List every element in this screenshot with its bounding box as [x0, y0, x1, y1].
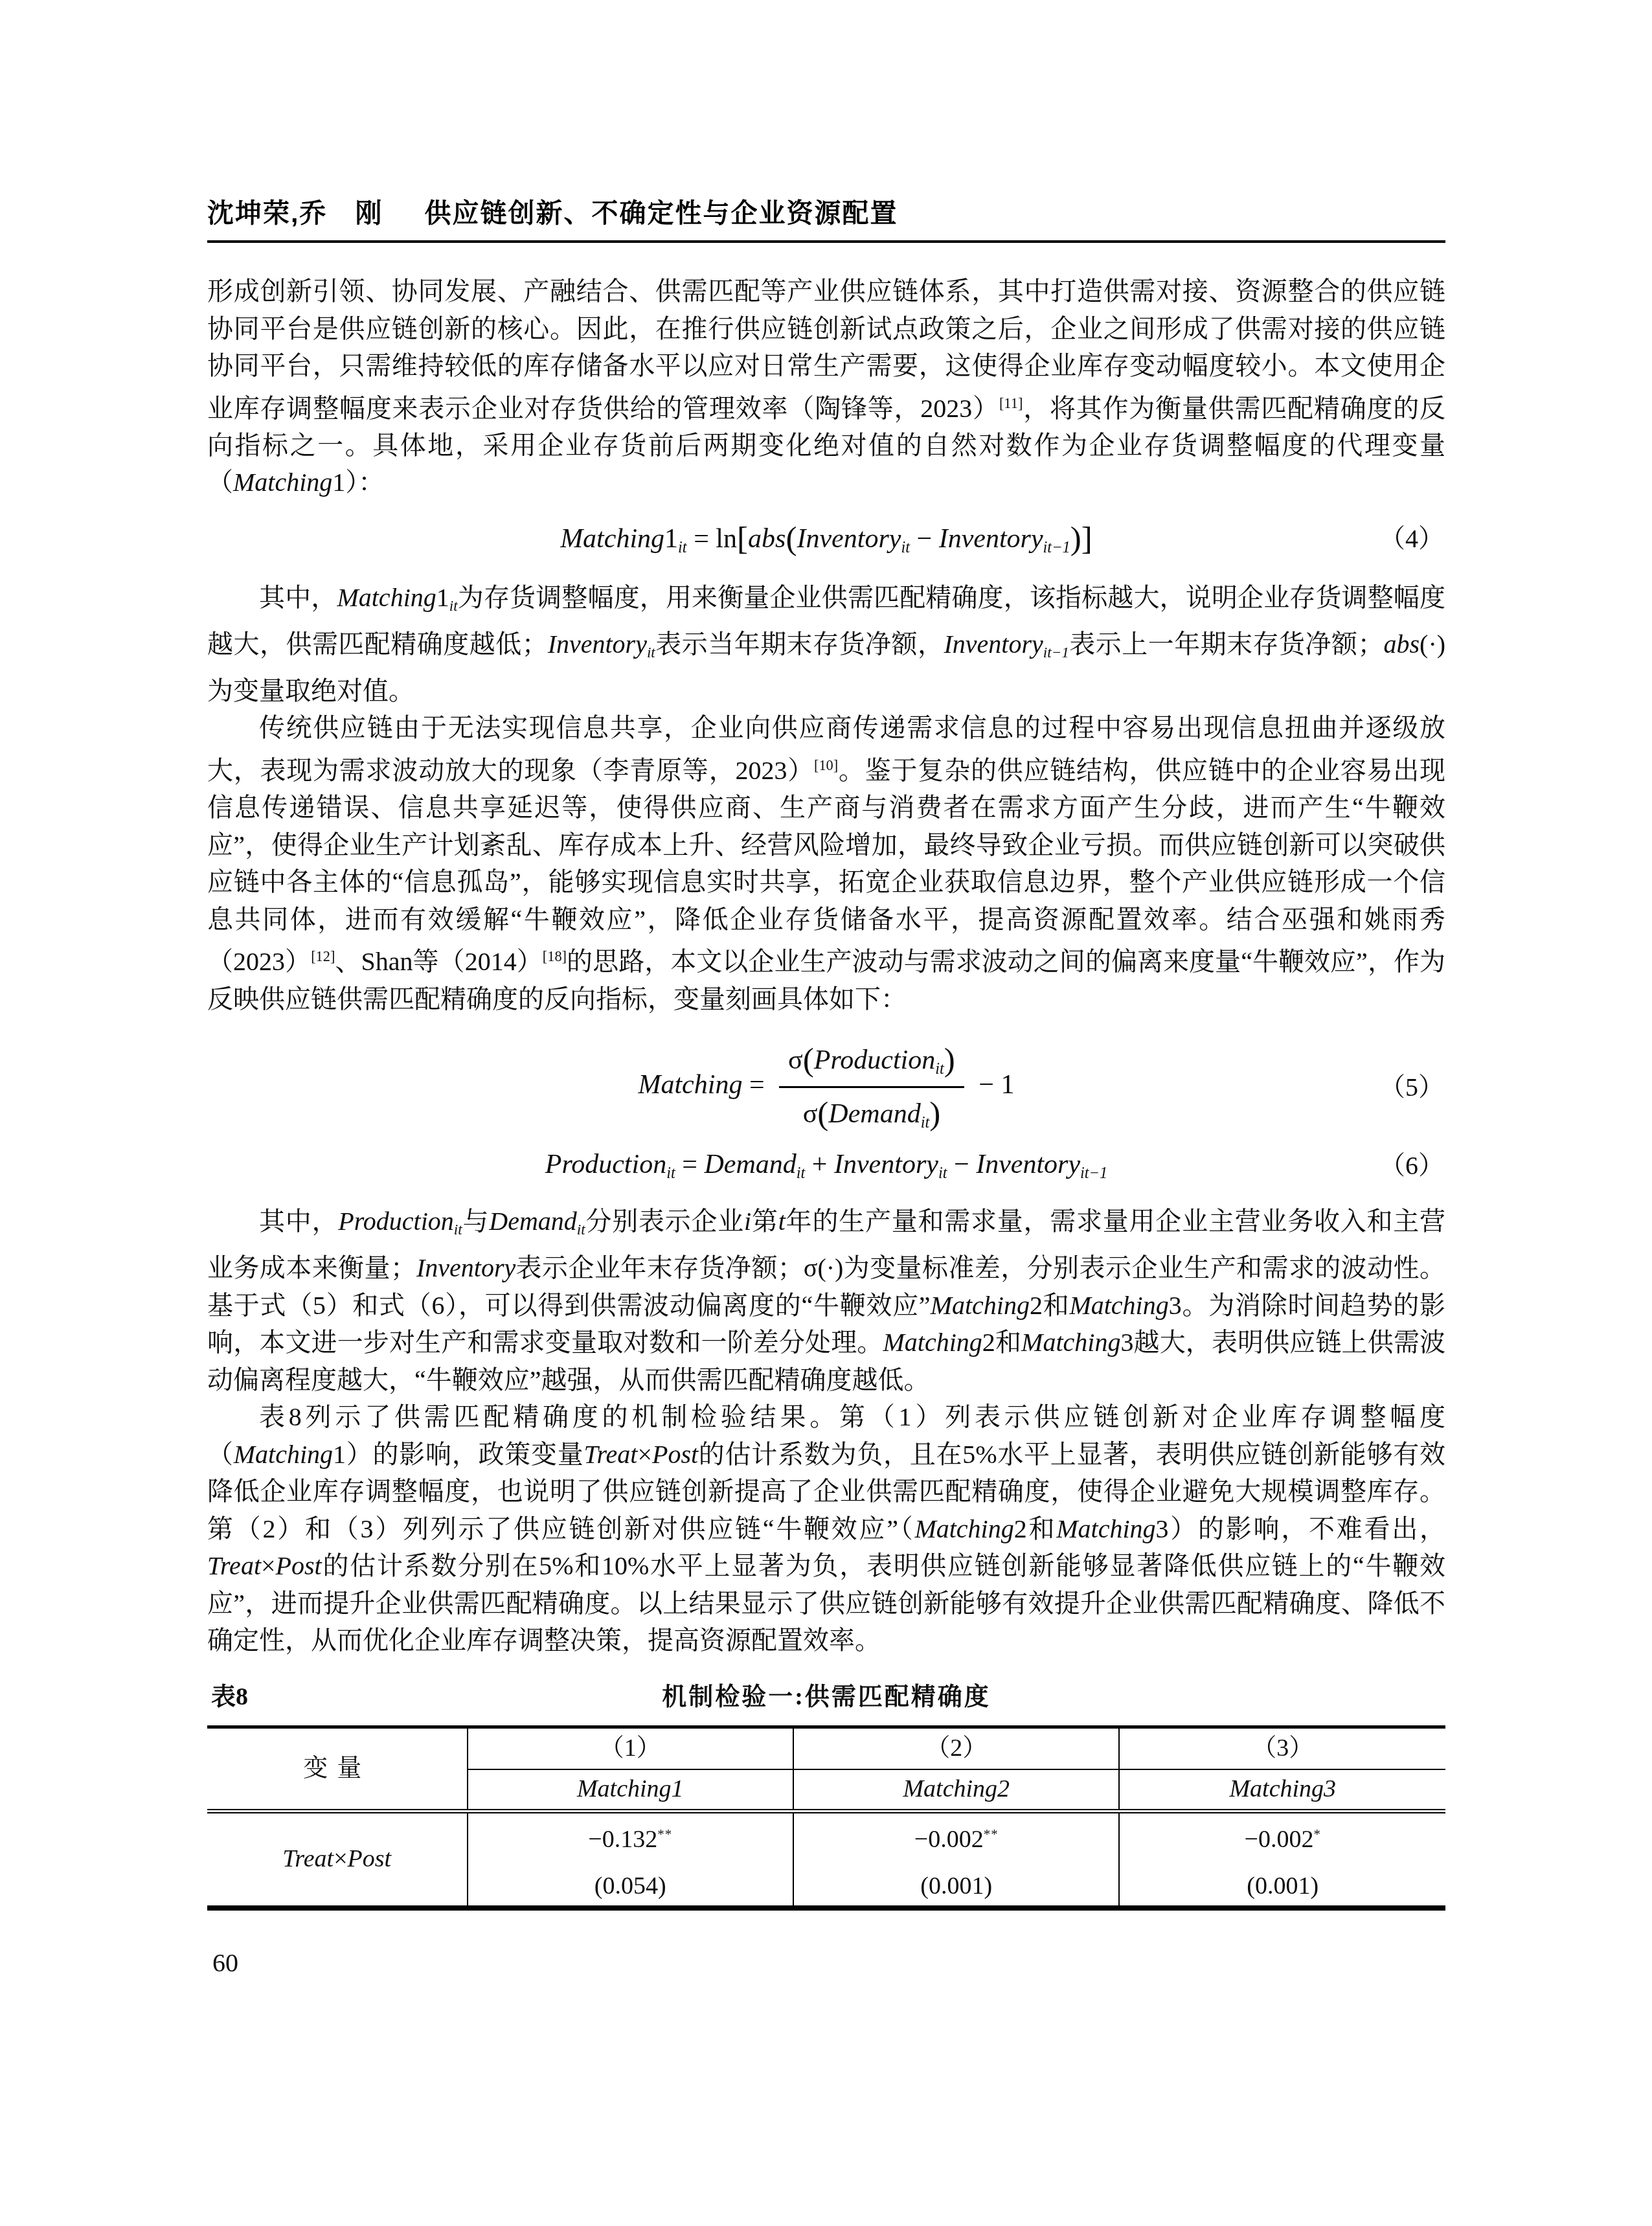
table-cell-2: −0.002** (0.001)	[793, 1811, 1119, 1908]
table-caption: 表8 机制检验一:供需匹配精确度	[207, 1679, 1445, 1715]
table-col-number-2: （2）	[793, 1727, 1119, 1769]
significance-stars: **	[984, 1826, 999, 1842]
table-col-name-3: Matching3	[1119, 1769, 1445, 1811]
formula-6-expression: Productionit = Demandit + Inventoryit − …	[545, 1148, 1107, 1183]
page-number: 60	[207, 1944, 1445, 1982]
table-cell-1: −0.132** (0.054)	[468, 1811, 793, 1908]
table-header-row-numbers: 变量 （1） （2） （3）	[207, 1727, 1445, 1769]
header-rule	[207, 240, 1445, 243]
table-col-name-2: Matching2	[793, 1769, 1119, 1811]
coefficient-value: −0.002*	[1120, 1816, 1445, 1858]
table-row-label: Treat×Post	[207, 1811, 468, 1908]
running-header-authors: 沈坤荣,乔 刚	[207, 198, 383, 228]
table-col-name-1: Matching1	[468, 1769, 793, 1811]
formula-5-number: （5）	[1379, 1071, 1444, 1104]
table-col-number-3: （3）	[1119, 1727, 1445, 1769]
formula-5-expression: Matching = σ(Productionit)σ(Demandit) − …	[638, 1039, 1014, 1135]
paper-page: 沈坤荣,乔 刚供应链创新、不确定性与企业资源配置 形成创新引领、协同发展、产融结…	[0, 0, 1652, 2226]
formula-5-fraction: σ(Productionit)σ(Demandit)	[779, 1039, 964, 1135]
formula-5-lhs: Matching =	[638, 1070, 771, 1100]
formula-4-expression: Matching1it = ln[abs(Inventoryit − Inven…	[560, 518, 1092, 560]
formula-5: Matching = σ(Productionit)σ(Demandit) − …	[207, 1039, 1445, 1135]
content-column: 沈坤荣,乔 刚供应链创新、不确定性与企业资源配置 形成创新引领、协同发展、产融结…	[207, 0, 1445, 1982]
formula-5-numerator: σ(Productionit)	[779, 1039, 964, 1086]
significance-stars: *	[1313, 1826, 1320, 1842]
formula-6: Productionit = Demandit + Inventoryit − …	[207, 1148, 1445, 1183]
significance-stars: **	[657, 1826, 672, 1842]
formula-5-tail: − 1	[972, 1070, 1015, 1100]
table-cell-3: −0.002* (0.001)	[1119, 1811, 1445, 1908]
body-text: 形成创新引领、协同发展、产融结合、供需匹配等产业供应链体系，其中打造供需对接、资…	[207, 273, 1445, 1982]
running-header: 沈坤荣,乔 刚供应链创新、不确定性与企业资源配置	[207, 0, 1445, 230]
standard-error: (0.054)	[468, 1868, 793, 1905]
running-header-title: 供应链创新、不确定性与企业资源配置	[424, 198, 898, 228]
coefficient-value: −0.002**	[794, 1816, 1118, 1858]
formula-4-number: （4）	[1379, 523, 1444, 555]
table-title: 机制检验一:供需匹配精确度	[207, 1679, 1445, 1716]
coefficient-value: −0.132**	[468, 1816, 793, 1858]
table-row-treat-post: Treat×Post −0.132** (0.054) −0.002** (0.…	[207, 1811, 1445, 1908]
coefficient-number: −0.132	[588, 1826, 657, 1853]
table-col-number-1: （1）	[468, 1727, 793, 1769]
paragraph-4: 其中，Productionit与Demandit分别表示企业i第t年的生产量和需…	[207, 1203, 1445, 1398]
coefficient-number: −0.002	[1245, 1826, 1314, 1853]
paragraph-5: 表8列示了供需匹配精确度的机制检验结果。第（1）列表示供应链创新对企业库存调整幅…	[207, 1398, 1445, 1659]
formula-5-denominator: σ(Demandit)	[779, 1086, 964, 1135]
standard-error: (0.001)	[1120, 1868, 1445, 1905]
paragraph-3: 传统供应链由于无法实现信息共享，企业向供应商传递需求信息的过程中容易出现信息扭曲…	[207, 709, 1445, 1017]
formula-4: Matching1it = ln[abs(Inventoryit − Inven…	[207, 518, 1445, 560]
coefficient-number: −0.002	[914, 1826, 984, 1853]
paragraph-1: 形成创新引领、协同发展、产融结合、供需匹配等产业供应链体系，其中打造供需对接、资…	[207, 273, 1445, 501]
standard-error: (0.001)	[794, 1868, 1118, 1905]
paragraph-2: 其中，Matching1it为存货调整幅度，用来衡量企业供需匹配精确度，该指标越…	[207, 579, 1445, 709]
formula-6-number: （6）	[1379, 1150, 1444, 1182]
results-table: 变量 （1） （2） （3） Matching1 Matching2 Match…	[207, 1725, 1445, 1911]
table-header-variable: 变量	[207, 1727, 468, 1811]
